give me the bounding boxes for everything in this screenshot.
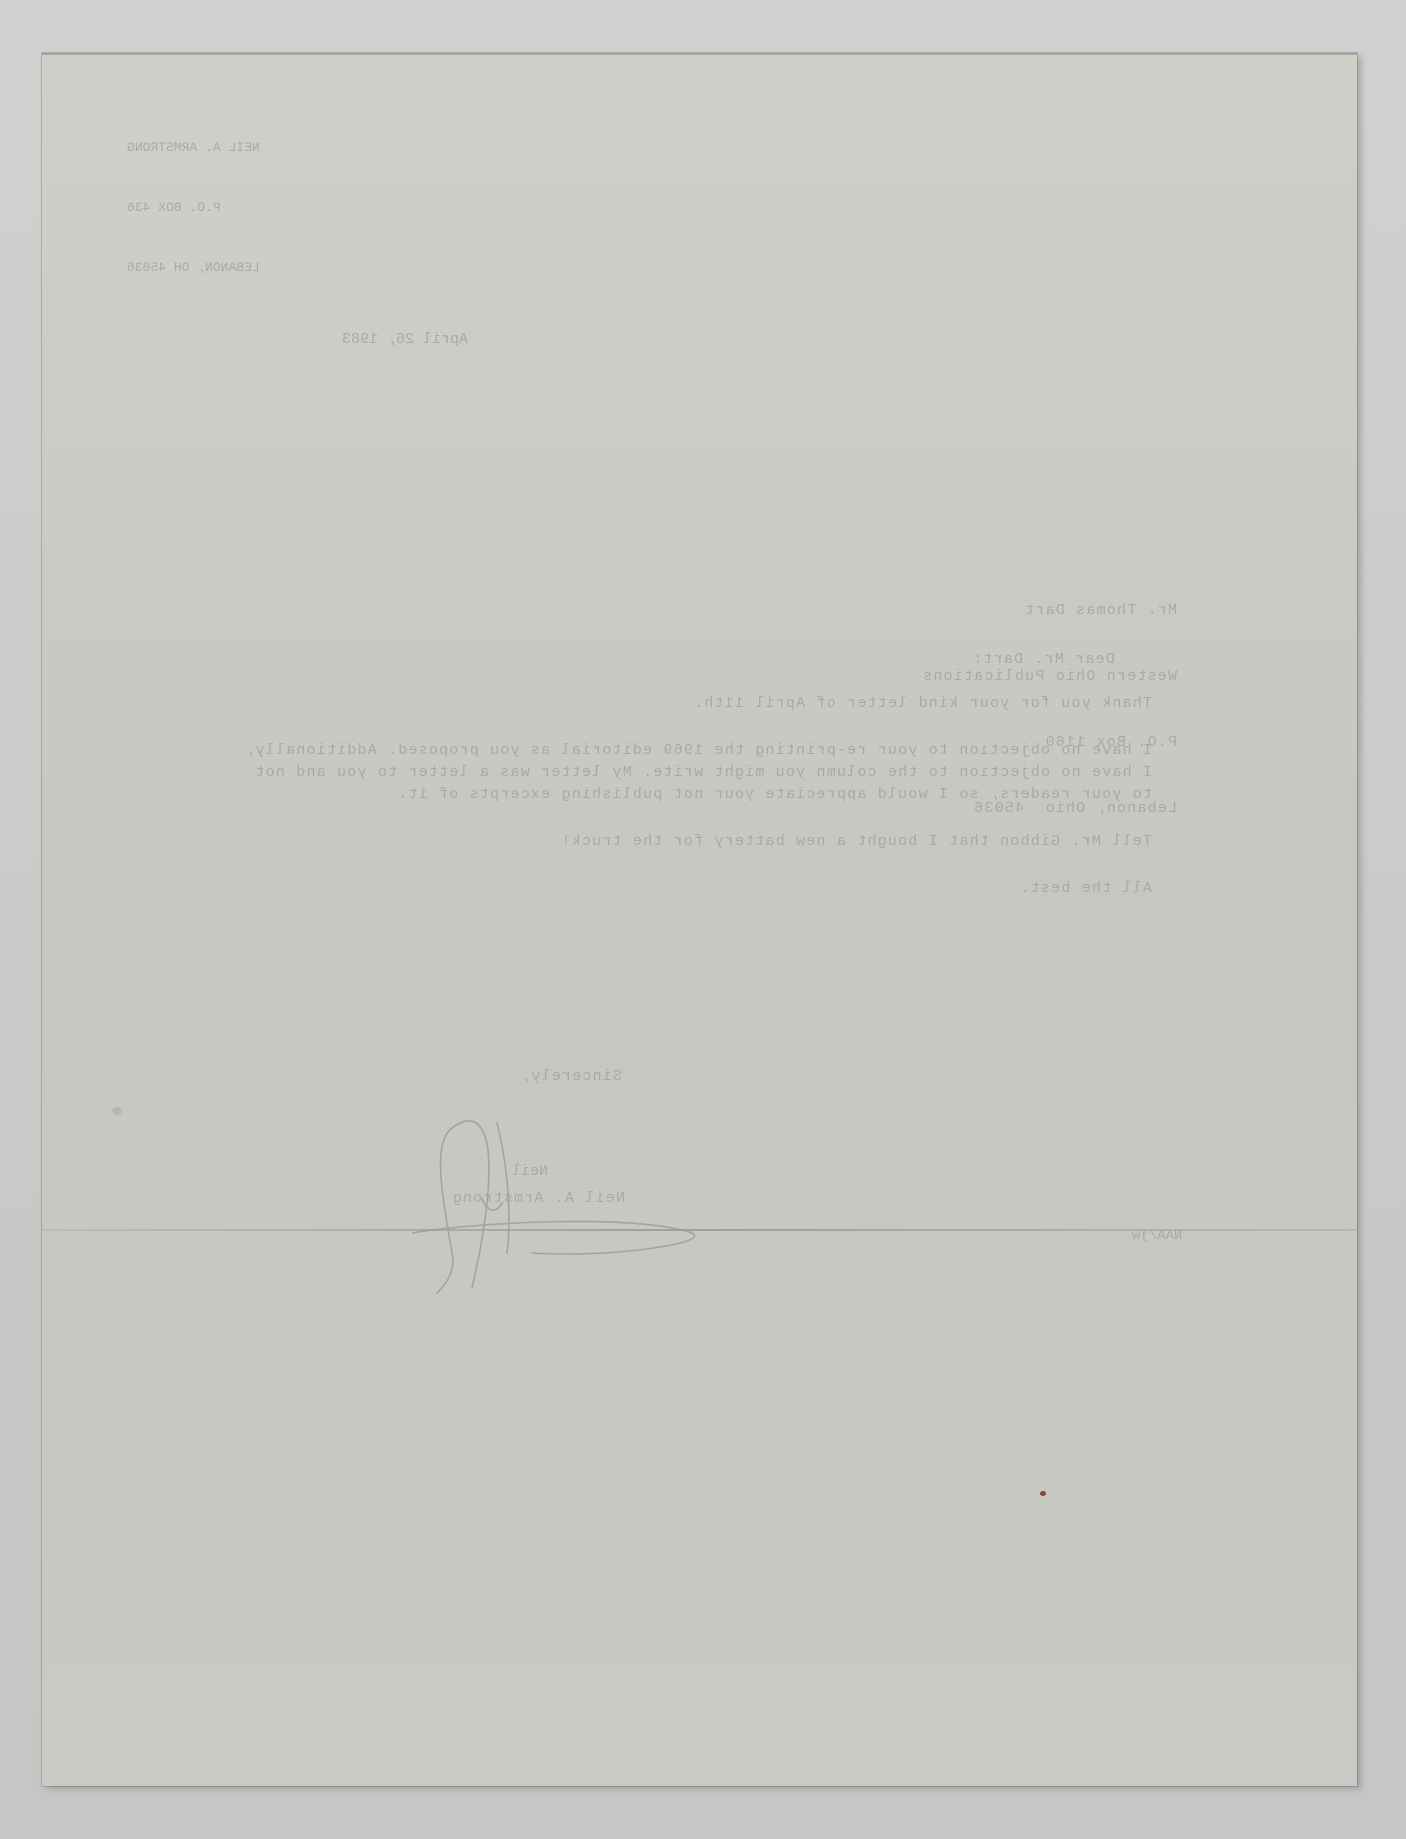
letter-sheet: NEIL A. ARMSTRONG P.O. BOX 436 LEBANON, …	[42, 53, 1357, 1786]
body-paragraph: I have no objection to your re-printing …	[232, 740, 1152, 806]
letterhead-line: LEBANON, OH 45036	[127, 258, 357, 278]
closing: Sincerely,	[422, 1066, 622, 1088]
body-paragraph: Thank you for your kind letter of April …	[232, 693, 1152, 715]
letter-body: Thank you for your kind letter of April …	[232, 693, 1152, 925]
pencil-signature-icon	[412, 1103, 812, 1303]
salutation: Dear Mr. Dart:	[972, 649, 1115, 671]
letterhead: NEIL A. ARMSTRONG P.O. BOX 436 LEBANON, …	[127, 98, 357, 318]
paper-speck	[1040, 1491, 1046, 1496]
address-line: Mr. Thomas Dart	[817, 600, 1177, 622]
letter-date: April 26, 1983	[342, 331, 468, 348]
body-paragraph: All the best.	[232, 878, 1152, 900]
body-paragraph: Tell Mr. Gibbon that I bought a new batt…	[232, 831, 1152, 853]
letterhead-line: P.O. BOX 436	[127, 198, 357, 218]
reference-initials: NAA/jw	[1132, 1228, 1182, 1244]
paper-speck	[112, 1107, 122, 1115]
letterhead-line: NEIL A. ARMSTRONG	[127, 138, 357, 158]
